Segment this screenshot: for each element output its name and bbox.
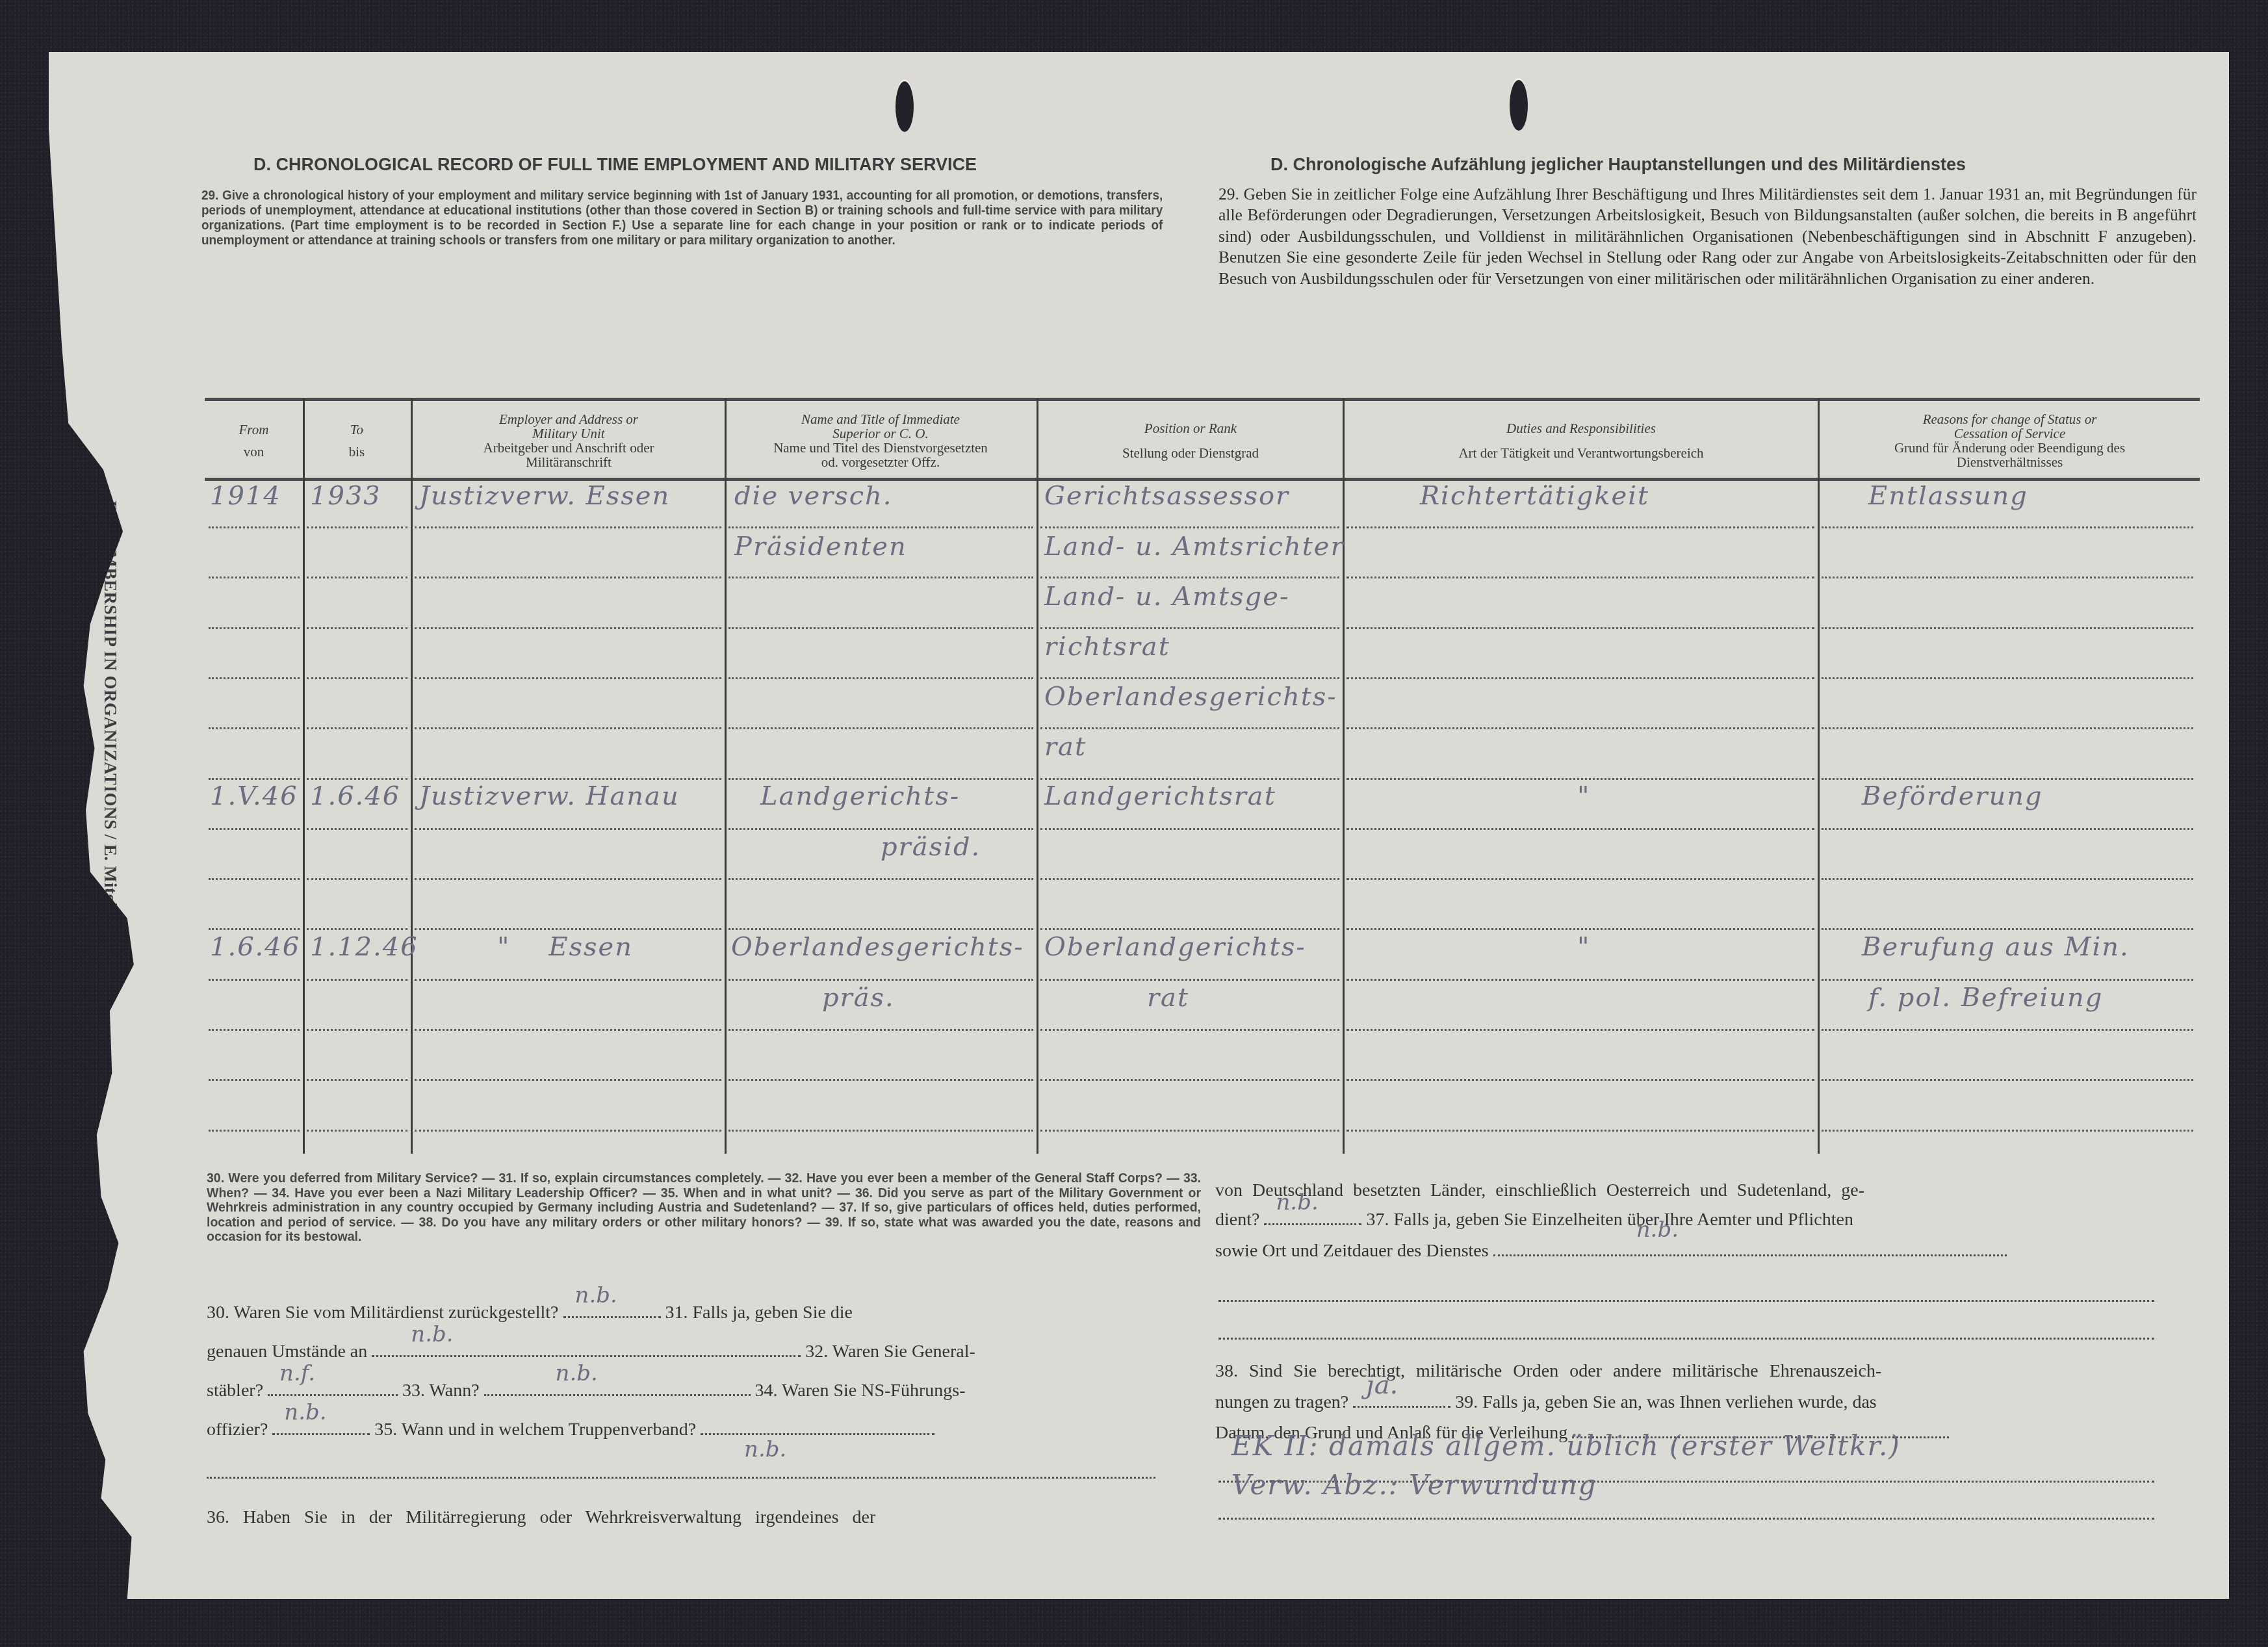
row-rule: [1040, 727, 1339, 729]
q30-label: 30. Waren Sie vom Militärdienst zurückge…: [207, 1303, 559, 1323]
entry-position: Gerichtsassessor: [1044, 481, 1289, 511]
entry-position: Land- u. Amtsrichter: [1044, 532, 1345, 562]
row-rule: [307, 677, 407, 679]
row-rule: [209, 677, 300, 679]
row-rule: [415, 828, 721, 830]
row-rule: [1822, 778, 2193, 780]
q37-label2: sowie Ort und Zeitdauer des Dienstes: [1215, 1241, 1489, 1261]
row-rule: [307, 727, 407, 729]
entry-from: 1914: [210, 481, 281, 511]
row-rule: [1040, 979, 1339, 981]
row-rule: [307, 878, 407, 880]
entry-superior: Oberlandesgerichts-: [731, 932, 1024, 962]
q34-row: offizier? n.b. 35. Wann und in welchem T…: [207, 1410, 934, 1449]
q30-answer: n.b.: [575, 1276, 617, 1315]
row-rule: [1040, 1079, 1339, 1081]
row-rule: [1822, 928, 2193, 930]
row-rule: [1347, 526, 1814, 528]
q31-label: 31. Falls ja, geben Sie die: [665, 1303, 853, 1323]
entry-position: richtsrat: [1044, 632, 1170, 662]
entry-superior: die versch.: [734, 481, 893, 511]
col-divider: [1037, 398, 1038, 1154]
row-rule: [209, 828, 300, 830]
row-rule: [728, 828, 1033, 830]
header-de: Arbeitgeber und Anschrift oder Militäran…: [471, 441, 666, 469]
q34-label: 34. Waren Sie NS-Führungs-: [755, 1381, 966, 1401]
entry-position: Landgerichtsrat: [1044, 781, 1276, 811]
q35-answer-field[interactable]: [701, 1418, 934, 1435]
row-rule: [307, 1130, 407, 1132]
row-rule: [307, 778, 407, 780]
q36-label2: dient?: [1215, 1210, 1259, 1230]
punch-hole-right: [1510, 80, 1528, 131]
col-divider: [1343, 398, 1345, 1154]
section-d-title-de: D. Chronologische Aufzählung jeglicher H…: [1270, 155, 1966, 175]
instructions-en: 29. Give a chronological history of your…: [201, 188, 1163, 248]
row-rule: [415, 1079, 721, 1081]
entry-position: Land- u. Amtsge-: [1044, 582, 1289, 612]
punch-hole-left: [896, 81, 914, 132]
row-rule: [728, 627, 1033, 629]
entry-duties: ": [1577, 781, 1590, 811]
row-rule: [1822, 828, 2193, 830]
entry-superior: Landgerichts-: [760, 781, 960, 811]
instructions-de: 29. Geben Sie in zeitlicher Folge eine A…: [1218, 184, 2197, 289]
row-rule: [209, 526, 300, 528]
row-rule: [209, 1079, 300, 1081]
entry-reason: Entlassung: [1868, 481, 2028, 511]
entry-position: Oberlandesgerichts-: [1044, 682, 1337, 712]
row-rule: [307, 1079, 407, 1081]
header-en: To: [350, 422, 363, 437]
row-rule: [415, 1029, 721, 1031]
section-d-title-en: D. CHRONOLOGICAL RECORD OF FULL TIME EMP…: [253, 155, 977, 175]
col-divider: [411, 398, 413, 1154]
q39-answer-line2: Verw. Abz.: Verwundung: [1231, 1469, 1597, 1501]
entry-reason: Beförderung: [1862, 781, 2043, 811]
q39-answer-line-3[interactable]: [1218, 1518, 2154, 1520]
q34-label2: offizier?: [207, 1420, 268, 1440]
header-duties: Duties and Responsibilities Art der Täti…: [1345, 403, 1818, 478]
q38-answer-field[interactable]: ja.: [1353, 1390, 1450, 1408]
q36-answer: n.b.: [1276, 1183, 1318, 1222]
q37-answer: n.b.: [1636, 1210, 1679, 1249]
row-rule: [1822, 878, 2193, 880]
entry-from: 1.V.46: [210, 781, 298, 811]
entry-to: 1933: [310, 481, 381, 511]
row-rule: [1347, 1130, 1814, 1132]
header-to: To bis: [303, 403, 411, 478]
table-top-rule: [205, 398, 2200, 401]
entry-reason: f. pol. Befreiung: [1868, 983, 2103, 1013]
row-rule: [415, 928, 721, 930]
col-divider: [303, 398, 305, 1154]
row-rule: [728, 577, 1033, 578]
q38-answer: ja.: [1366, 1366, 1398, 1405]
row-rule: [307, 828, 407, 830]
row-rule: [307, 526, 407, 528]
header-de: Grund für Änderung oder Beendigung des D…: [1890, 441, 2130, 469]
row-rule: [1040, 778, 1339, 780]
row-rule: [415, 577, 721, 578]
row-rule: [1822, 727, 2193, 729]
entry-position: rat: [1147, 983, 1189, 1013]
row-rule: [307, 577, 407, 578]
q36-label: 36. Haben Sie in der Militärregierung od…: [207, 1498, 875, 1537]
row-rule: [1347, 878, 1814, 880]
row-rule: [209, 979, 300, 981]
row-rule: [1040, 526, 1339, 528]
row-rule: [307, 627, 407, 629]
row-rule: [728, 878, 1033, 880]
entry-from: 1.6.46: [210, 932, 300, 962]
entry-superior: präs.: [822, 983, 895, 1013]
entry-position: Oberlandgerichts-: [1044, 932, 1306, 962]
row-rule: [1822, 979, 2193, 981]
row-rule: [1347, 979, 1814, 981]
entry-to: 1.12.46: [310, 932, 419, 962]
row-rule: [1347, 778, 1814, 780]
q30-answer-field[interactable]: n.b.: [563, 1301, 661, 1318]
q35-label: 35. Wann und in welchem Truppenverband?: [374, 1420, 696, 1440]
row-rule: [1347, 677, 1814, 679]
row-rule: [728, 979, 1033, 981]
row-rule: [1040, 1130, 1339, 1132]
row-rule: [1822, 1079, 2193, 1081]
q33-label: 33. Wann?: [402, 1381, 480, 1401]
row-rule: [209, 928, 300, 930]
col-divider: [1818, 398, 1820, 1154]
q35-answer-line[interactable]: [207, 1477, 1155, 1479]
row-rule: [728, 1079, 1033, 1081]
q32-label2: stäbler?: [207, 1381, 263, 1401]
entry-employer: Justizverw. Essen: [419, 481, 670, 511]
row-rule: [307, 1029, 407, 1031]
q34-answer: n.b.: [284, 1393, 326, 1432]
header-en: Name and Title of Immediate Superior or …: [783, 412, 978, 441]
row-rule: [1822, 1130, 2193, 1132]
q39-label: 39. Falls ja, geben Sie an, was Ihnen ve…: [1455, 1392, 1876, 1412]
entry-to: 1.6.46: [310, 781, 400, 811]
row-rule: [1822, 1029, 2193, 1031]
header-de: Art der Tätigkeit und Verantwortungsbere…: [1458, 446, 1703, 460]
employment-table: From von To bis Employer and Address or …: [205, 398, 2200, 1154]
row-rule: [1347, 577, 1814, 578]
header-superior: Name and Title of Immediate Superior or …: [731, 403, 1030, 478]
row-rule: [1040, 878, 1339, 880]
row-rule: [415, 526, 721, 528]
row-rule: [1347, 1029, 1814, 1031]
row-rule: [1347, 928, 1814, 930]
entry-superior: präsid.: [881, 832, 981, 862]
q37-label: 37. Falls ja, geben Sie Einzelheiten übe…: [1366, 1210, 1853, 1230]
row-rule: [1822, 577, 2193, 578]
header-en: Duties and Responsibilities: [1506, 421, 1656, 435]
row-rule: [1347, 828, 1814, 830]
questions-en: 30. Were you deferred from Military Serv…: [207, 1171, 1201, 1245]
row-rule: [1040, 677, 1339, 679]
entry-position: rat: [1044, 732, 1087, 762]
q31-answer: n.b.: [411, 1315, 453, 1354]
row-rule: [1040, 828, 1339, 830]
row-rule: [209, 778, 300, 780]
row-rule: [415, 1130, 721, 1132]
row-rule: [415, 677, 721, 679]
row-rule: [728, 677, 1033, 679]
q35-answer: n.b.: [744, 1436, 786, 1462]
row-rule: [728, 526, 1033, 528]
row-rule: [415, 727, 721, 729]
row-rule: [1822, 526, 2193, 528]
header-employer: Employer and Address or Military Unit Ar…: [419, 403, 718, 478]
row-rule: [415, 627, 721, 629]
row-rule: [415, 979, 721, 981]
row-rule: [728, 1130, 1033, 1132]
q38-label2: nungen zu tragen?: [1215, 1392, 1348, 1412]
q37-answer-line-2[interactable]: [1218, 1300, 2154, 1302]
row-rule: [209, 878, 300, 880]
form-page: E. MEMBERSHIP IN ORGANIZATIONS / E. Mitg…: [49, 52, 2229, 1599]
q33-answer-field[interactable]: n.b.: [484, 1379, 751, 1396]
q33-answer: n.b.: [556, 1354, 598, 1393]
row-rule: [728, 928, 1033, 930]
header-de: von: [244, 445, 264, 459]
row-rule: [1040, 577, 1339, 578]
q37-answer-field[interactable]: n.b.: [1493, 1239, 2007, 1256]
q37-row: sowie Ort und Zeitdauer des Dienstes n.b…: [1215, 1232, 2007, 1271]
entry-employer: " Essen: [497, 932, 633, 962]
q30-row: 30. Waren Sie vom Militärdienst zurückge…: [207, 1293, 853, 1332]
row-rule: [1040, 1029, 1339, 1031]
header-de: Name und Titel des Dienstvorgesetzten od…: [773, 441, 988, 469]
row-rule: [209, 1029, 300, 1031]
header-en: Reasons for change of Status or Cessatio…: [1913, 412, 2107, 441]
q37-answer-line-3[interactable]: [1218, 1338, 2154, 1340]
row-rule: [415, 878, 721, 880]
row-rule: [1822, 677, 2193, 679]
header-en: Employer and Address or Military Unit: [491, 412, 647, 441]
header-position: Position or Rank Stellung oder Dienstgra…: [1038, 403, 1343, 478]
q34-answer-field[interactable]: n.b.: [272, 1418, 370, 1435]
row-rule: [415, 778, 721, 780]
entry-duties: Richtertätigkeit: [1420, 481, 1649, 511]
row-rule: [1822, 627, 2193, 629]
row-rule: [1040, 627, 1339, 629]
q36-answer-field[interactable]: n.b.: [1264, 1208, 1361, 1225]
row-rule: [1347, 627, 1814, 629]
row-rule: [728, 778, 1033, 780]
row-rule: [1040, 928, 1339, 930]
row-rule: [728, 1029, 1033, 1031]
row-rule: [209, 727, 300, 729]
row-rule: [307, 979, 407, 981]
col-divider: [725, 398, 727, 1154]
row-rule: [209, 1130, 300, 1132]
q32-answer: n.f.: [279, 1354, 315, 1393]
entry-duties: ": [1577, 932, 1590, 962]
row-rule: [1347, 1079, 1814, 1081]
header-reason: Reasons for change of Status or Cessatio…: [1820, 403, 2200, 478]
entry-reason: Berufung aus Min.: [1862, 932, 2130, 962]
q32-label: 32. Waren Sie General-: [805, 1342, 975, 1362]
row-rule: [209, 627, 300, 629]
row-rule: [1347, 727, 1814, 729]
q39-answer-line1: EK II: damals allgem. üblich (erster Wel…: [1231, 1430, 1901, 1462]
row-rule: [307, 928, 407, 930]
header-en: Position or Rank: [1144, 421, 1237, 435]
header-from: From von: [205, 403, 303, 478]
header-en: From: [239, 422, 269, 437]
row-rule: [209, 577, 300, 578]
entry-employer: Justizverw. Hanau: [419, 781, 680, 811]
header-de: Stellung oder Dienstgrad: [1122, 446, 1259, 460]
entry-superior: Präsidenten: [734, 532, 907, 562]
header-de: bis: [349, 445, 365, 459]
row-rule: [728, 727, 1033, 729]
